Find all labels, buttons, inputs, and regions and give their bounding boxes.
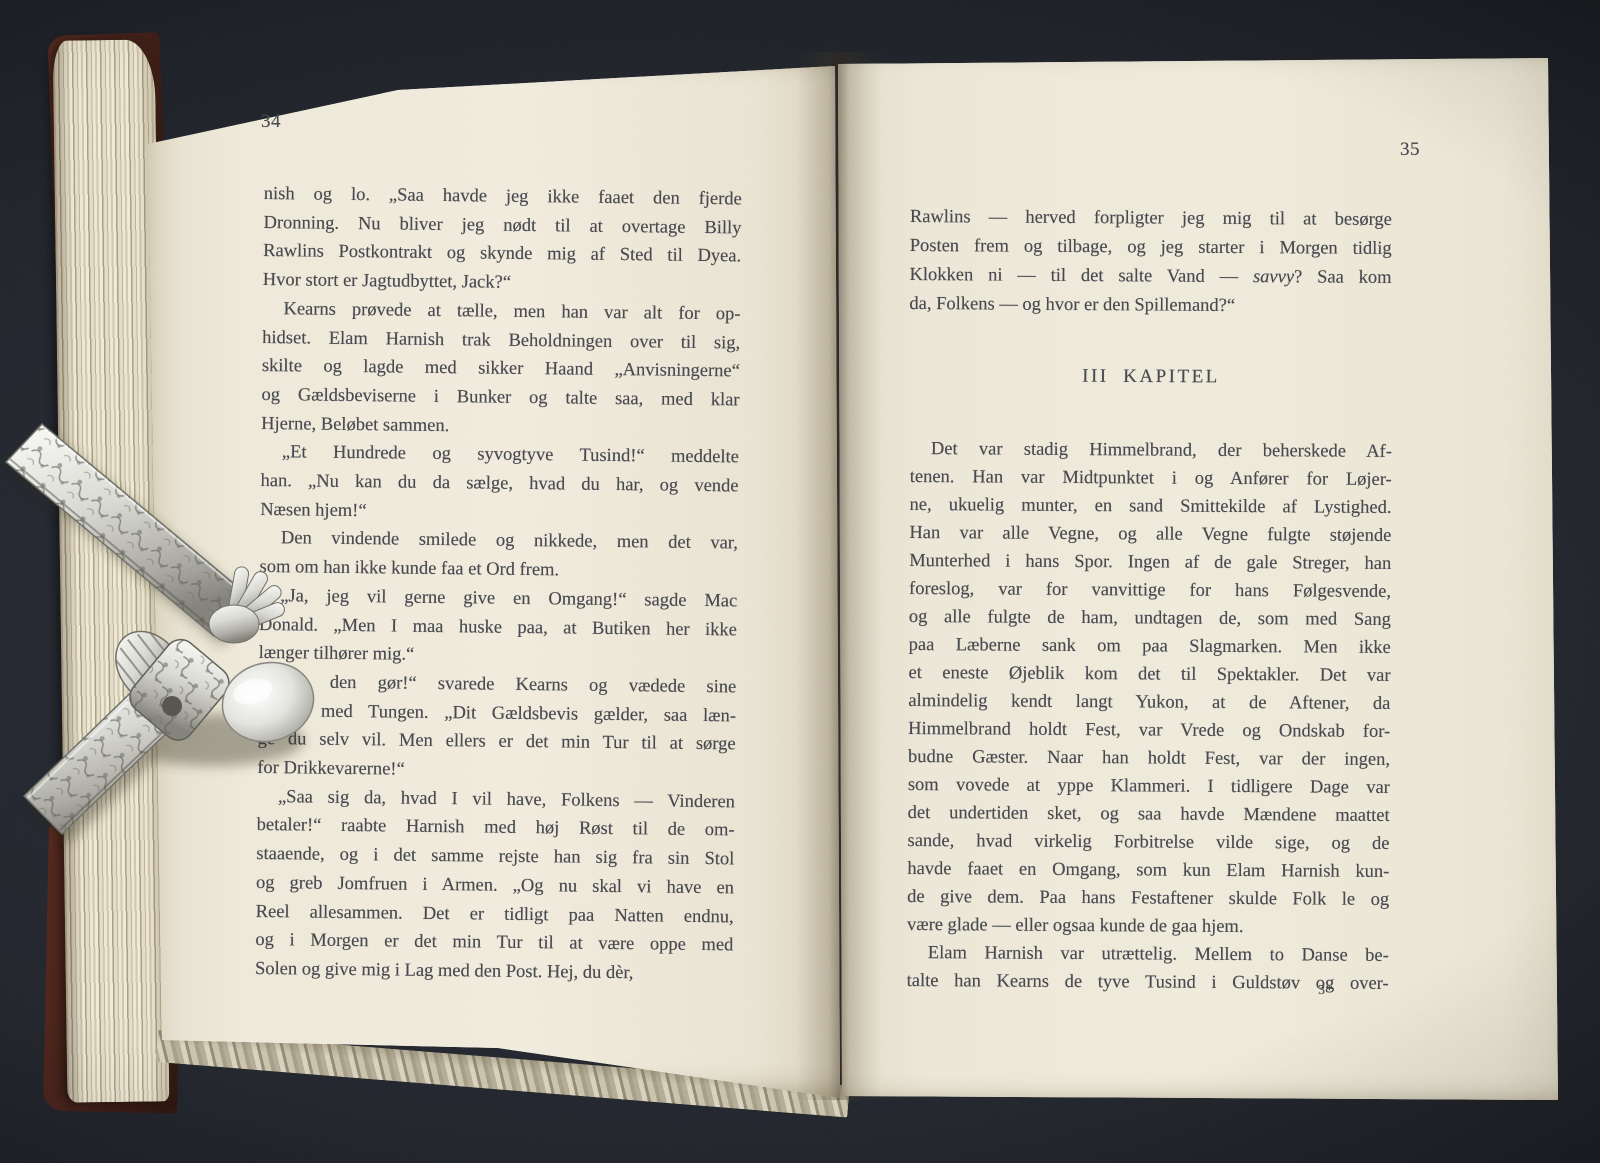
text-line: da, Folkens — og hvor er den Spillemand?… — [909, 290, 1391, 322]
text-line: Munterhed i hans Spor. Ingen af de gale … — [909, 547, 1391, 578]
text-line: de give dem. Paa hans Festaftener skulde… — [907, 883, 1389, 914]
text-line: sande, hvad virkelig Forbitrelse vilde s… — [907, 827, 1389, 858]
text-line: Himmelbrand holdt Fest, var Vrede og Ond… — [908, 715, 1390, 746]
left-page-text: nish og lo. „Saa havde jeg ikke faaet de… — [255, 180, 742, 989]
text-line: almindelig kendt langt Yukon, at de Afte… — [908, 687, 1390, 718]
text-line: paa Læberne sank om paa Slagmarken. Men … — [909, 631, 1391, 662]
text-line: Rawlins — herved forpligter jeg mig til … — [910, 203, 1392, 235]
left-page-number: 34 — [261, 111, 281, 133]
text-line: budne Gæster. Naar han holdt Fest, var d… — [908, 743, 1390, 774]
text-line: tenen. Han var Midtpunktet i og Anfører … — [910, 463, 1392, 494]
right-page-number: 35 — [1380, 139, 1440, 161]
text-line: Klokken ni — til det salte Vand — savvy?… — [909, 261, 1391, 293]
text-line: foreslog, var for vanvittige for hans Fø… — [909, 575, 1391, 606]
text-line: og alle fulgte de ham, undtagen de, som … — [909, 603, 1391, 634]
text-line: være glade — eller ogsaa kunde de gaa hj… — [907, 911, 1389, 942]
right-page-body-text: Det var stadig Himmelbrand, der beherske… — [907, 435, 1392, 998]
text-line: et eneste Øjeblik kom det til Spektakler… — [908, 659, 1390, 690]
text-line: ne, ukuelig munter, en sand Smittekilde … — [909, 491, 1391, 522]
text-line: Solen og give mig i Lag med den Post. He… — [255, 955, 733, 989]
text-line: Posten frem og tilbage, og jeg starter i… — [910, 232, 1392, 264]
text-line: Det var stadig Himmelbrand, der beherske… — [910, 435, 1392, 466]
chapter-heading: III KAPITEL — [910, 365, 1392, 390]
signature-mark: 3* — [1296, 982, 1356, 998]
text-line: som vovede at yppe Klammeri. I tidligere… — [908, 771, 1390, 802]
right-page-opening-text: Rawlins — herved forpligter jeg mig til … — [909, 203, 1392, 322]
text-line: Han var alle Vegne, og alle Vegne fulgte… — [909, 519, 1391, 550]
text-line: det undertiden sket, og saa havde Mænden… — [908, 799, 1390, 830]
text-line: havde faaet en Omgang, som kun Elam Harn… — [907, 855, 1389, 886]
photo-open-book: 34 nish og lo. „Saa havde jeg ikke faaet… — [0, 0, 1600, 1163]
text-line: Elam Harnish var utrættelig. Mellem to D… — [907, 939, 1389, 970]
